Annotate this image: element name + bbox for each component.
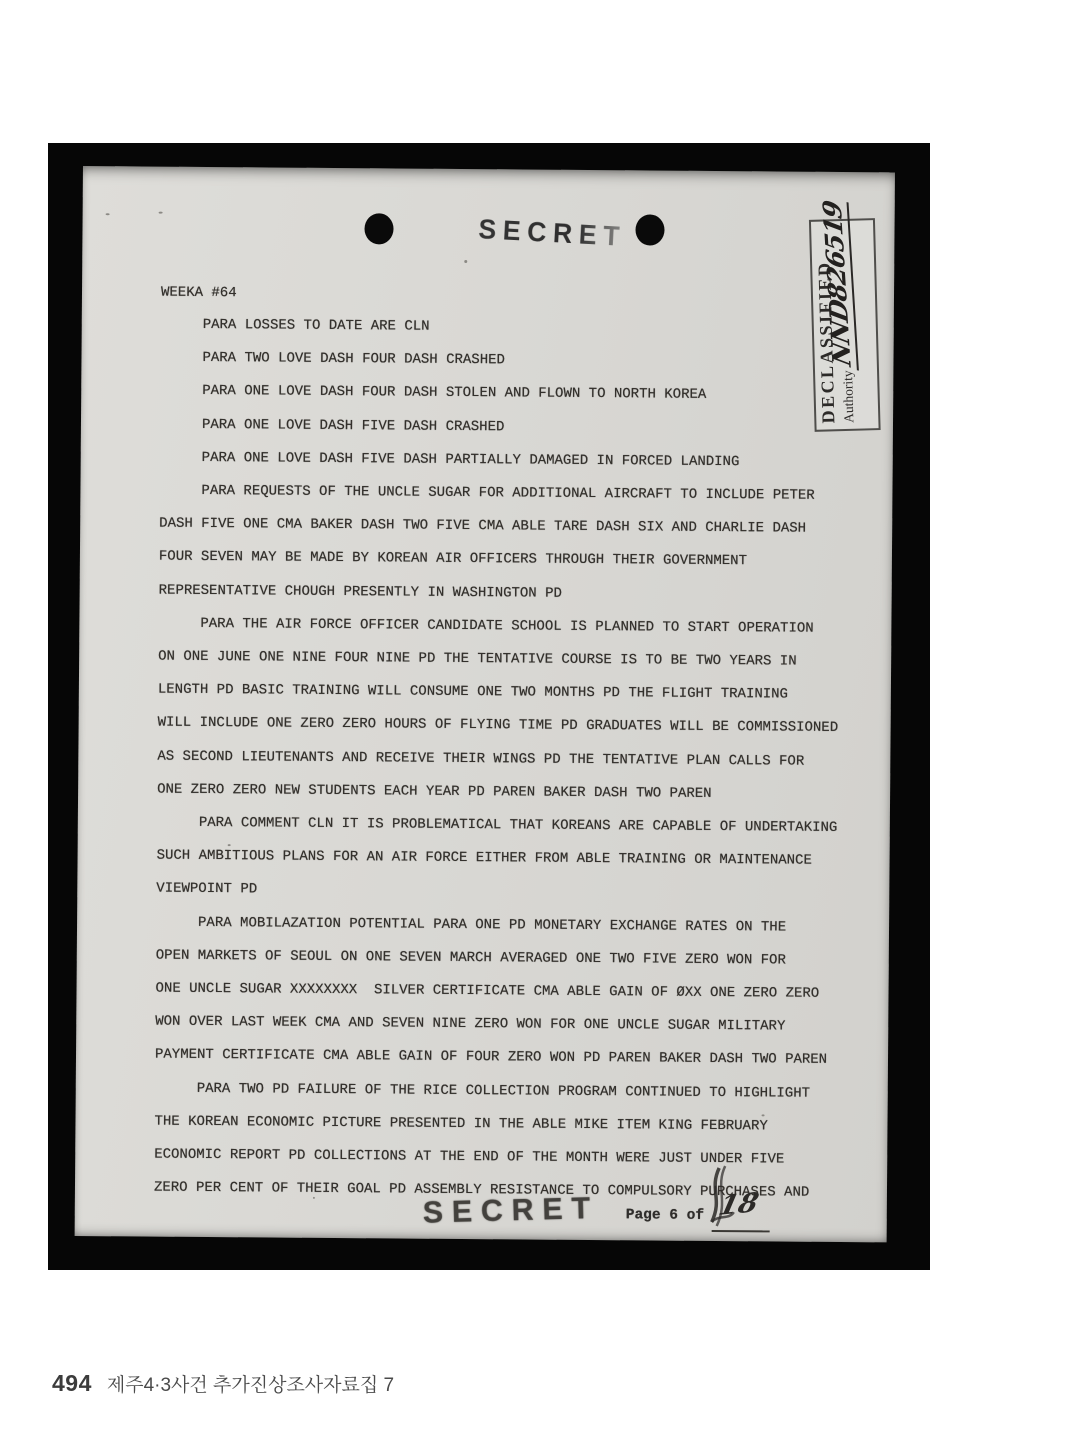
- document-line: PARA THE AIR FORCE OFFICER CANDIDATE SCH…: [200, 616, 813, 637]
- paper-speck: [228, 844, 231, 846]
- paper-speck: [464, 260, 467, 263]
- document-lines: PARA LOSSES TO DATE ARE CLNPARA TWO LOVE…: [83, 166, 895, 172]
- document-line: WON OVER LAST WEEK CMA AND SEVEN NINE ZE…: [155, 1014, 785, 1035]
- document-line: FOUR SEVEN MAY BE MADE BY KOREAN AIR OFF…: [159, 549, 747, 570]
- document-line: ON ONE JUNE ONE NINE FOUR NINE PD THE TE…: [158, 649, 797, 670]
- document-line: PARA ONE LOVE DASH FIVE DASH CRASHED: [202, 417, 505, 435]
- document-line: PARA ONE LOVE DASH FOUR DASH STOLEN AND …: [202, 383, 706, 403]
- book-page: SECRET DECLASSIFIED Authority NND826519 …: [0, 0, 1080, 1439]
- document-line: THE KOREAN ECONOMIC PICTURE PRESENTED IN…: [154, 1113, 767, 1134]
- declassified-authority-label: Authority: [840, 370, 857, 423]
- document-line: PARA TWO PD FAILURE OF THE RICE COLLECTI…: [197, 1081, 810, 1102]
- document-line: PARA TWO LOVE DASH FOUR DASH CRASHED: [202, 350, 505, 368]
- paper-speck: [762, 1114, 765, 1116]
- secret-stamp-bottom: SECRET: [422, 1190, 599, 1231]
- paper-speck: [313, 1197, 315, 1199]
- pen-mark: [687, 1164, 752, 1243]
- document-line: OPEN MARKETS OF SEOUL ON ONE SEVEN MARCH…: [156, 947, 786, 968]
- document-line: PARA ONE LOVE DASH FIVE DASH PARTIALLY D…: [202, 450, 740, 470]
- document-line: SUCH AMBITIOUS PLANS FOR AN AIR FORCE EI…: [157, 848, 812, 869]
- document-line: PARA REQUESTS OF THE UNCLE SUGAR FOR ADD…: [201, 483, 814, 504]
- document-line: PAYMENT CERTIFICATE CMA ABLE GAIN OF FOU…: [155, 1047, 827, 1068]
- document-line: ONE UNCLE SUGAR XXXXXXXX SILVER CERTIFIC…: [155, 981, 819, 1002]
- document-heading: WEEKA #64: [161, 285, 237, 302]
- document-line: PARA MOBILAZATION POTENTIAL PARA ONE PD …: [198, 915, 786, 936]
- paper-speck: [159, 212, 163, 214]
- document-line: LENGTH PD BASIC TRAINING WILL CONSUME ON…: [158, 682, 788, 703]
- book-page-number: 494: [52, 1370, 92, 1397]
- document-line: VIEWPOINT PD: [156, 881, 257, 898]
- document-line: PARA COMMENT CLN IT IS PROBLEMATICAL THA…: [199, 815, 838, 836]
- document-line: DASH FIVE ONE CMA BAKER DASH TWO FIVE CM…: [159, 516, 806, 537]
- declassified-stamp: DECLASSIFIED Authority NND826519: [809, 218, 881, 432]
- document-line: WILL INCLUDE ONE ZERO ZERO HOURS OF FLYI…: [158, 715, 839, 736]
- document-paper: SECRET DECLASSIFIED Authority NND826519 …: [75, 166, 895, 1242]
- scanned-photo-background: SECRET DECLASSIFIED Authority NND826519 …: [48, 143, 930, 1270]
- document-line: REPRESENTATIVE CHOUGH PRESENTLY IN WASHI…: [159, 582, 562, 601]
- paper-speck: [106, 213, 110, 215]
- book-caption: 494 제주4·3사건 추가진상조사자료집 7: [52, 1370, 394, 1397]
- document-line: AS SECOND LIEUTENANTS AND RECEIVE THEIR …: [157, 748, 804, 769]
- document-line: ONE ZERO ZERO NEW STUDENTS EACH YEAR PD …: [157, 781, 712, 801]
- book-title: 제주4·3사건 추가진상조사자료집 7: [107, 1370, 394, 1397]
- hole-punch-left: [364, 213, 393, 244]
- document-line: PARA LOSSES TO DATE ARE CLN: [203, 317, 430, 335]
